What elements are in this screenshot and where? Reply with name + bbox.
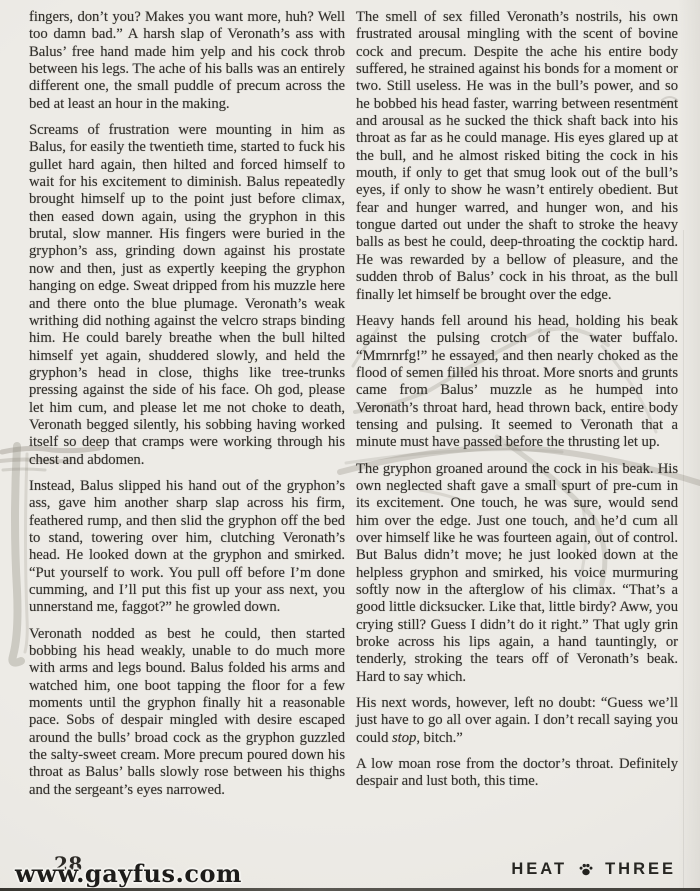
paragraph: Instead, Balus slipped his hand out of t… — [29, 478, 345, 617]
page-footer: 28 www.gayfus.com HEAT THREE — [0, 841, 700, 891]
paragraph: A low moan rose from the doctor’s throat… — [356, 756, 678, 791]
paw-icon — [578, 862, 594, 878]
paragraph: Screams of frustration were mounting in … — [29, 122, 345, 469]
three-label: THREE — [605, 860, 676, 879]
quote-text: , bitch.” — [416, 730, 462, 746]
paragraph: The smell of sex filled Veronath’s nostr… — [356, 9, 678, 304]
paragraph: The gryphon groaned around the cock in h… — [356, 461, 678, 686]
paragraph: His next words, however, left no doubt: … — [356, 695, 678, 747]
paragraph: Heavy hands fell around his head, holdin… — [356, 313, 678, 452]
scanned-page: fingers, don’t you? Makes you want more,… — [0, 0, 700, 891]
right-column: The smell of sex filled Veronath’s nostr… — [356, 9, 678, 808]
left-column: fingers, don’t you? Makes you want more,… — [29, 9, 345, 808]
watermark: www.gayfus.com — [15, 859, 242, 888]
heat-label: HEAT — [511, 860, 567, 879]
italic-word: stop — [392, 730, 416, 746]
paragraph: Veronath nodded as best he could, then s… — [29, 626, 345, 799]
magazine-mark: HEAT THREE — [511, 860, 676, 879]
paragraph: fingers, don’t you? Makes you want more,… — [29, 9, 345, 113]
text-columns: fingers, don’t you? Makes you want more,… — [0, 0, 700, 808]
